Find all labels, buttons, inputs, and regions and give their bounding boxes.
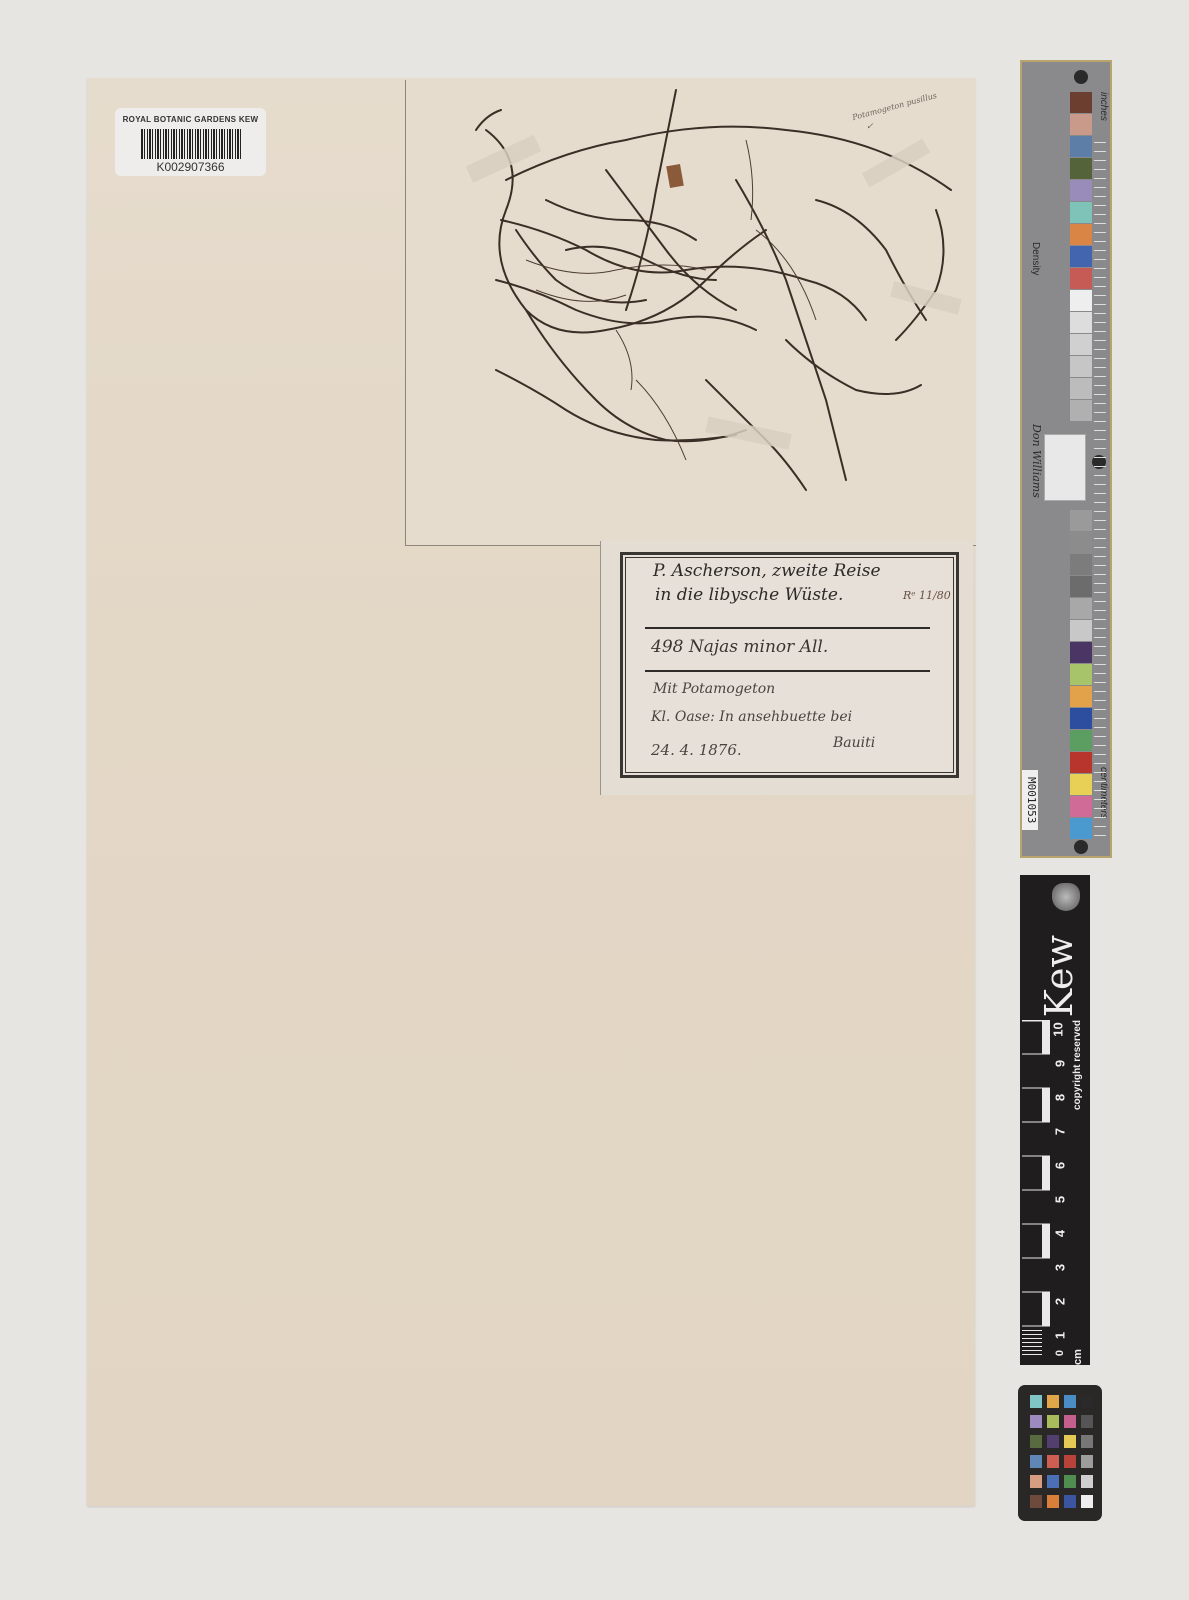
color-patch [1070,620,1092,641]
label-rule-2 [645,670,930,672]
scale-unit: cm [1072,1347,1084,1367]
checker-patch [1081,1475,1093,1488]
scale-10: 10 [1051,1020,1066,1040]
label-note-2: Kl. Oase: In ansehbuette bei [651,709,852,725]
label-line-2: in die libysche Wüste. [655,585,843,605]
ruler-hole-top [1074,70,1088,84]
label-date: 24. 4. 1876. [651,741,742,759]
color-patch [1070,752,1092,773]
checker-patch [1030,1495,1042,1508]
color-patch [1070,400,1092,421]
scale-7: 7 [1053,1122,1068,1142]
checker-patch [1030,1435,1042,1448]
checker-patch [1047,1395,1059,1408]
checker-patch [1030,1475,1042,1488]
checker-patch [1064,1415,1076,1428]
kew-logo: Kew [1040,935,1078,1017]
label-locality: Bauiti [833,735,875,751]
collector-label: P. Ascherson, zweite Reise in die libysc… [620,552,959,778]
label-rule-1 [645,627,930,629]
checker-patch [1081,1395,1093,1408]
checker-patch [1081,1455,1093,1468]
label-reference: Rᵉ 11/80 [903,589,951,602]
label-line-1: P. Ascherson, zweite Reise [653,561,881,581]
checker-patch [1081,1415,1093,1428]
inches-label: inches [1098,92,1109,121]
color-patch [1070,686,1092,707]
scale-9: 9 [1053,1054,1068,1074]
color-patch [1070,378,1092,399]
color-patch [1070,180,1092,201]
color-patch [1070,730,1092,751]
color-patch [1070,202,1092,223]
centimeter-scale [1022,1020,1050,1360]
color-patch [1070,818,1092,839]
color-patch [1070,796,1092,817]
kew-crest-icon [1052,883,1080,911]
checker-patch [1047,1415,1059,1428]
color-patch [1070,246,1092,267]
checker-patch [1064,1435,1076,1448]
checker-patch [1081,1495,1093,1508]
label-note-1: Mit Potamogeton [653,681,775,697]
color-checker-card [1018,1385,1102,1521]
checker-patch [1064,1475,1076,1488]
checker-patch [1081,1435,1093,1448]
color-patch [1070,92,1092,113]
checker-patch [1064,1495,1076,1508]
color-calibration-ruler: inches Density Don Williams centimeters [1020,60,1112,858]
copyright-text: copyright reserved [1072,1020,1083,1110]
checker-patch [1064,1395,1076,1408]
color-patch [1070,114,1092,135]
color-patch [1070,334,1092,355]
color-patch [1070,554,1092,575]
label-species: 498 Najas minor All. [651,637,828,657]
color-patch [1070,774,1092,795]
specimen-backing-paper: Potamogeton pusillus ✓ [405,80,976,546]
checker-patch [1047,1495,1059,1508]
kew-scale-bar: Kew copyright reserved 10 9 8 [1020,875,1090,1365]
scale-5: 5 [1053,1190,1068,1210]
ruler-id-tag: M001053 [1022,770,1038,830]
checker-patch [1064,1455,1076,1468]
color-patch [1070,312,1092,333]
plant-specimen [406,80,976,545]
scale-4: 4 [1053,1224,1068,1244]
density-label: Density [1030,242,1041,275]
scale-8: 8 [1053,1088,1068,1108]
signature: Don Williams [1030,424,1043,498]
color-patch [1070,136,1092,157]
color-patch [1070,158,1092,179]
target-card [1044,434,1086,501]
color-patch [1070,642,1092,663]
barcode-image [141,129,241,159]
color-patch [1070,356,1092,377]
color-patch [1070,576,1092,597]
color-patch [1070,224,1092,245]
color-patch [1070,510,1092,531]
scale-2: 2 [1053,1292,1068,1312]
checker-patch [1047,1475,1059,1488]
check-mark: ✓ [866,122,874,132]
scale-6: 6 [1053,1156,1068,1176]
scale-3: 3 [1053,1258,1068,1278]
checker-patch [1047,1435,1059,1448]
color-patch [1070,268,1092,289]
barcode-number: K002907366 [115,160,266,174]
checker-patch [1030,1415,1042,1428]
scale-0: 0 [1054,1343,1066,1363]
color-patch [1070,290,1092,311]
ruler-hole-bottom [1074,840,1088,854]
barcode-label: ROYAL BOTANIC GARDENS KEW K002907366 [115,108,266,176]
color-patch [1070,532,1092,553]
institution-name: ROYAL BOTANIC GARDENS KEW [115,115,266,124]
color-patch [1070,664,1092,685]
color-patch [1070,708,1092,729]
checker-patch [1030,1395,1042,1408]
checker-patch [1030,1455,1042,1468]
ruler-ticks [1094,142,1106,842]
checker-patch [1047,1455,1059,1468]
color-patch [1070,598,1092,619]
